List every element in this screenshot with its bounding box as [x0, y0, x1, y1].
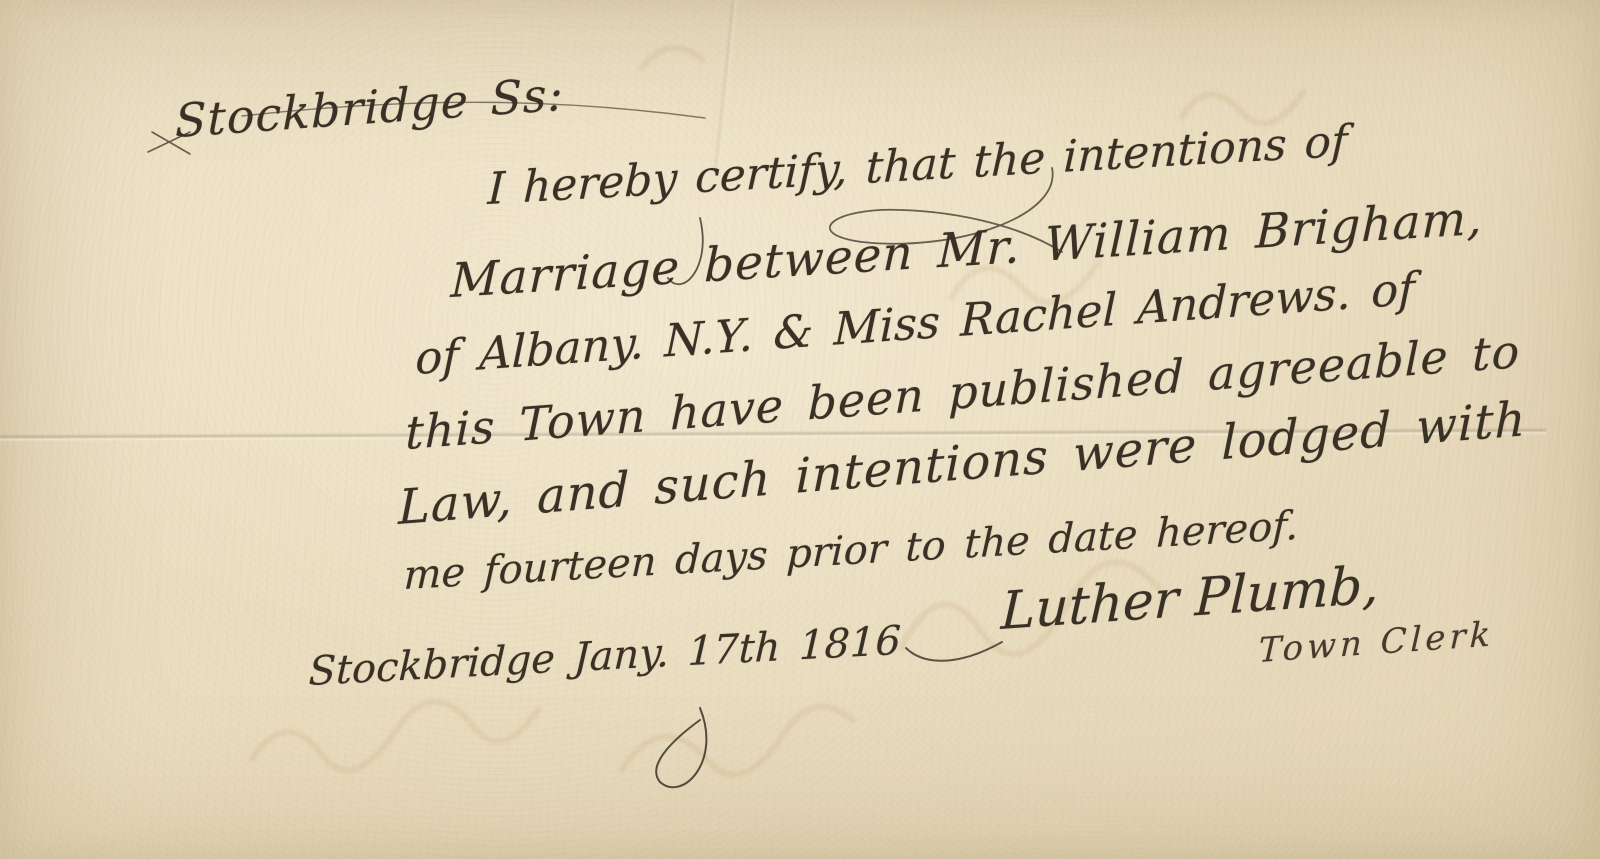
signature-title: Town Clerk — [1258, 617, 1495, 668]
vertical-fold-crease — [713, 0, 737, 175]
signature-underline-flourish — [906, 642, 1002, 661]
place-heading: Stockbridge Ss: — [175, 71, 564, 144]
document-paper: Stockbridge Ss: I hereby certify, that t… — [0, 0, 1600, 859]
scanner-background: Stockbridge Ss: I hereby certify, that t… — [0, 0, 1600, 859]
date-descender-flourish — [656, 708, 706, 787]
body-line-1: I hereby certify, that the intentions of — [487, 120, 1348, 212]
date-line: Stockbridge Jany. 17th 1816 — [308, 621, 902, 692]
